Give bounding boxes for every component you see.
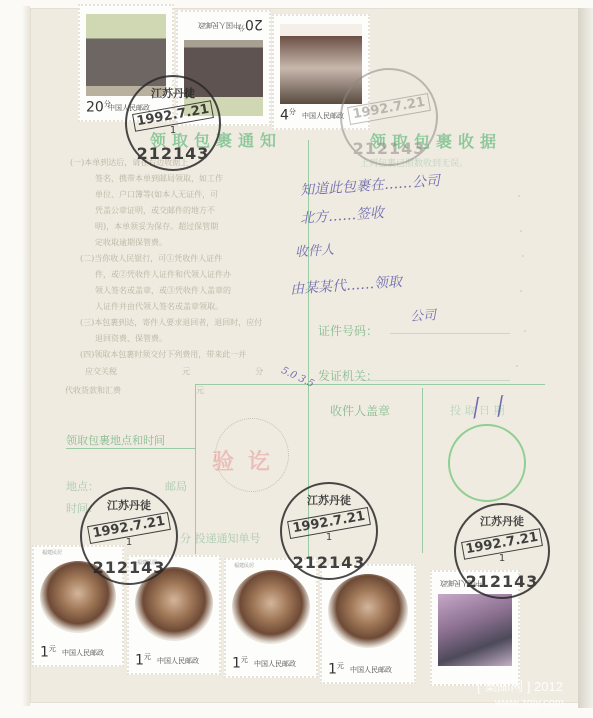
stamp-country: 中国人民邮政 bbox=[254, 659, 296, 669]
stamp-value: 4分 bbox=[280, 107, 296, 124]
stamp-country: 中国人民邮政 bbox=[350, 665, 392, 675]
postmark: 江苏丹徒 1992.7.21 1 212143 bbox=[125, 75, 221, 171]
instruction-line: (四)领取本包裹时须交付下列费用，带来此一并 bbox=[80, 349, 246, 361]
handwriting-line-3: 收件人 bbox=[294, 239, 334, 261]
pickup-heading-underline bbox=[66, 448, 196, 449]
stamp-value: 1元 bbox=[328, 661, 344, 678]
postmark: 江苏丹徒 1992.7.21 1 212143 bbox=[454, 503, 550, 599]
instruction-line: (二)当你收人民银行，可①凭收件人证件 bbox=[80, 253, 222, 265]
instruction-line: 领人签名或盖章，或③凭收件人盖章的 bbox=[95, 285, 231, 297]
stamp-country: 中国人民邮政 bbox=[157, 656, 199, 666]
form-divider-top bbox=[195, 384, 545, 385]
red-ink-seal: 验讫 bbox=[212, 445, 284, 476]
instruction-line: 人证件并由代领人签名或盖章领取。 bbox=[95, 301, 223, 313]
place-label: 地点： bbox=[66, 478, 99, 494]
fee-row-cod: 代收货款和汇费 元 bbox=[65, 385, 204, 397]
issuer-line bbox=[360, 380, 510, 381]
fee-extra: 分 bbox=[255, 367, 263, 376]
form-divider-left bbox=[195, 384, 196, 554]
tulou-artwork bbox=[328, 574, 408, 648]
recipient-seal-label: 收件人盖章 bbox=[330, 402, 390, 419]
time-suffix: 分 投递通知单号 bbox=[180, 530, 261, 546]
watermark-line-2: www.zgjy.com bbox=[495, 697, 564, 709]
stamp-subject: 福建民居 bbox=[42, 549, 62, 556]
handwriting-line-5: 公司 bbox=[409, 304, 436, 325]
stamp-country: 中国人民邮政 bbox=[62, 648, 104, 658]
postmark-faint: 1992.7.21 212143 bbox=[340, 68, 438, 166]
fee-unit: 元 bbox=[196, 386, 204, 395]
postmark: 江苏丹徒 1992.7.21 1 212143 bbox=[280, 482, 378, 580]
stamp-subject: 福建民居 bbox=[234, 562, 254, 569]
date-stamp-circle bbox=[448, 424, 526, 502]
instruction-line: 定收取逾期保管费。 bbox=[95, 237, 167, 249]
form-divider-receipt bbox=[422, 388, 423, 553]
handwriting-signature: 丨丨 bbox=[461, 386, 511, 424]
instruction-line: 件，或②凭收件人证件和代领人证件办 bbox=[95, 269, 231, 281]
postmark: 江苏丹徒 1992.7.21 1 212143 bbox=[80, 487, 178, 585]
pickup-heading: 领取包裹地点和时间 bbox=[66, 432, 165, 448]
tulou-artwork bbox=[232, 570, 310, 644]
issuer-label: 发证机关： bbox=[318, 367, 378, 384]
stamp-1yuan-3: 福建民居 1元 中国人民邮政 bbox=[224, 558, 318, 678]
instruction-line: 明)，本单须妥为保存。超过保管期 bbox=[95, 221, 218, 233]
scan-edge bbox=[578, 8, 593, 708]
id-number-label: 证件号码： bbox=[318, 322, 378, 339]
place-suffix: 邮局 bbox=[165, 478, 187, 494]
scan-shadow bbox=[22, 6, 30, 706]
stamp-value: 20分 bbox=[238, 16, 263, 33]
instruction-line: (三)本包裹到达，寄件人要求退回者，退回时，应付 bbox=[80, 317, 262, 329]
watermark-line-1: [ 集邮网 ] 2012 bbox=[477, 676, 563, 695]
fee-label: 代收货款和汇费 bbox=[65, 386, 121, 395]
instruction-line: 退回资费、保管费。 bbox=[95, 333, 167, 345]
stamp-value: 1元 bbox=[135, 652, 151, 669]
fee-label: 应交关税 bbox=[85, 367, 117, 376]
stamp-1yuan-4: 1元 中国人民邮政 bbox=[320, 564, 416, 684]
stamp-country: 中国人民邮政 bbox=[198, 20, 240, 30]
fee-row-customs: 应交关税 元 分 bbox=[85, 366, 263, 378]
instruction-line: 单位、户口簿等(如本人无证件，可 bbox=[95, 189, 218, 201]
dwelling-artwork bbox=[438, 594, 512, 666]
stamp-country: 中国人民邮政 bbox=[302, 111, 344, 121]
instruction-line: 签名，携带本单到邮局领取，如工作 bbox=[95, 173, 223, 185]
instruction-line: 凭盖公章证明，或交邮件的地方不 bbox=[95, 205, 215, 217]
stamp-value: 1元 bbox=[232, 655, 248, 672]
id-number-line bbox=[390, 333, 510, 334]
stamp-value: 1元 bbox=[40, 644, 56, 661]
fee-unit: 元 bbox=[182, 367, 190, 376]
